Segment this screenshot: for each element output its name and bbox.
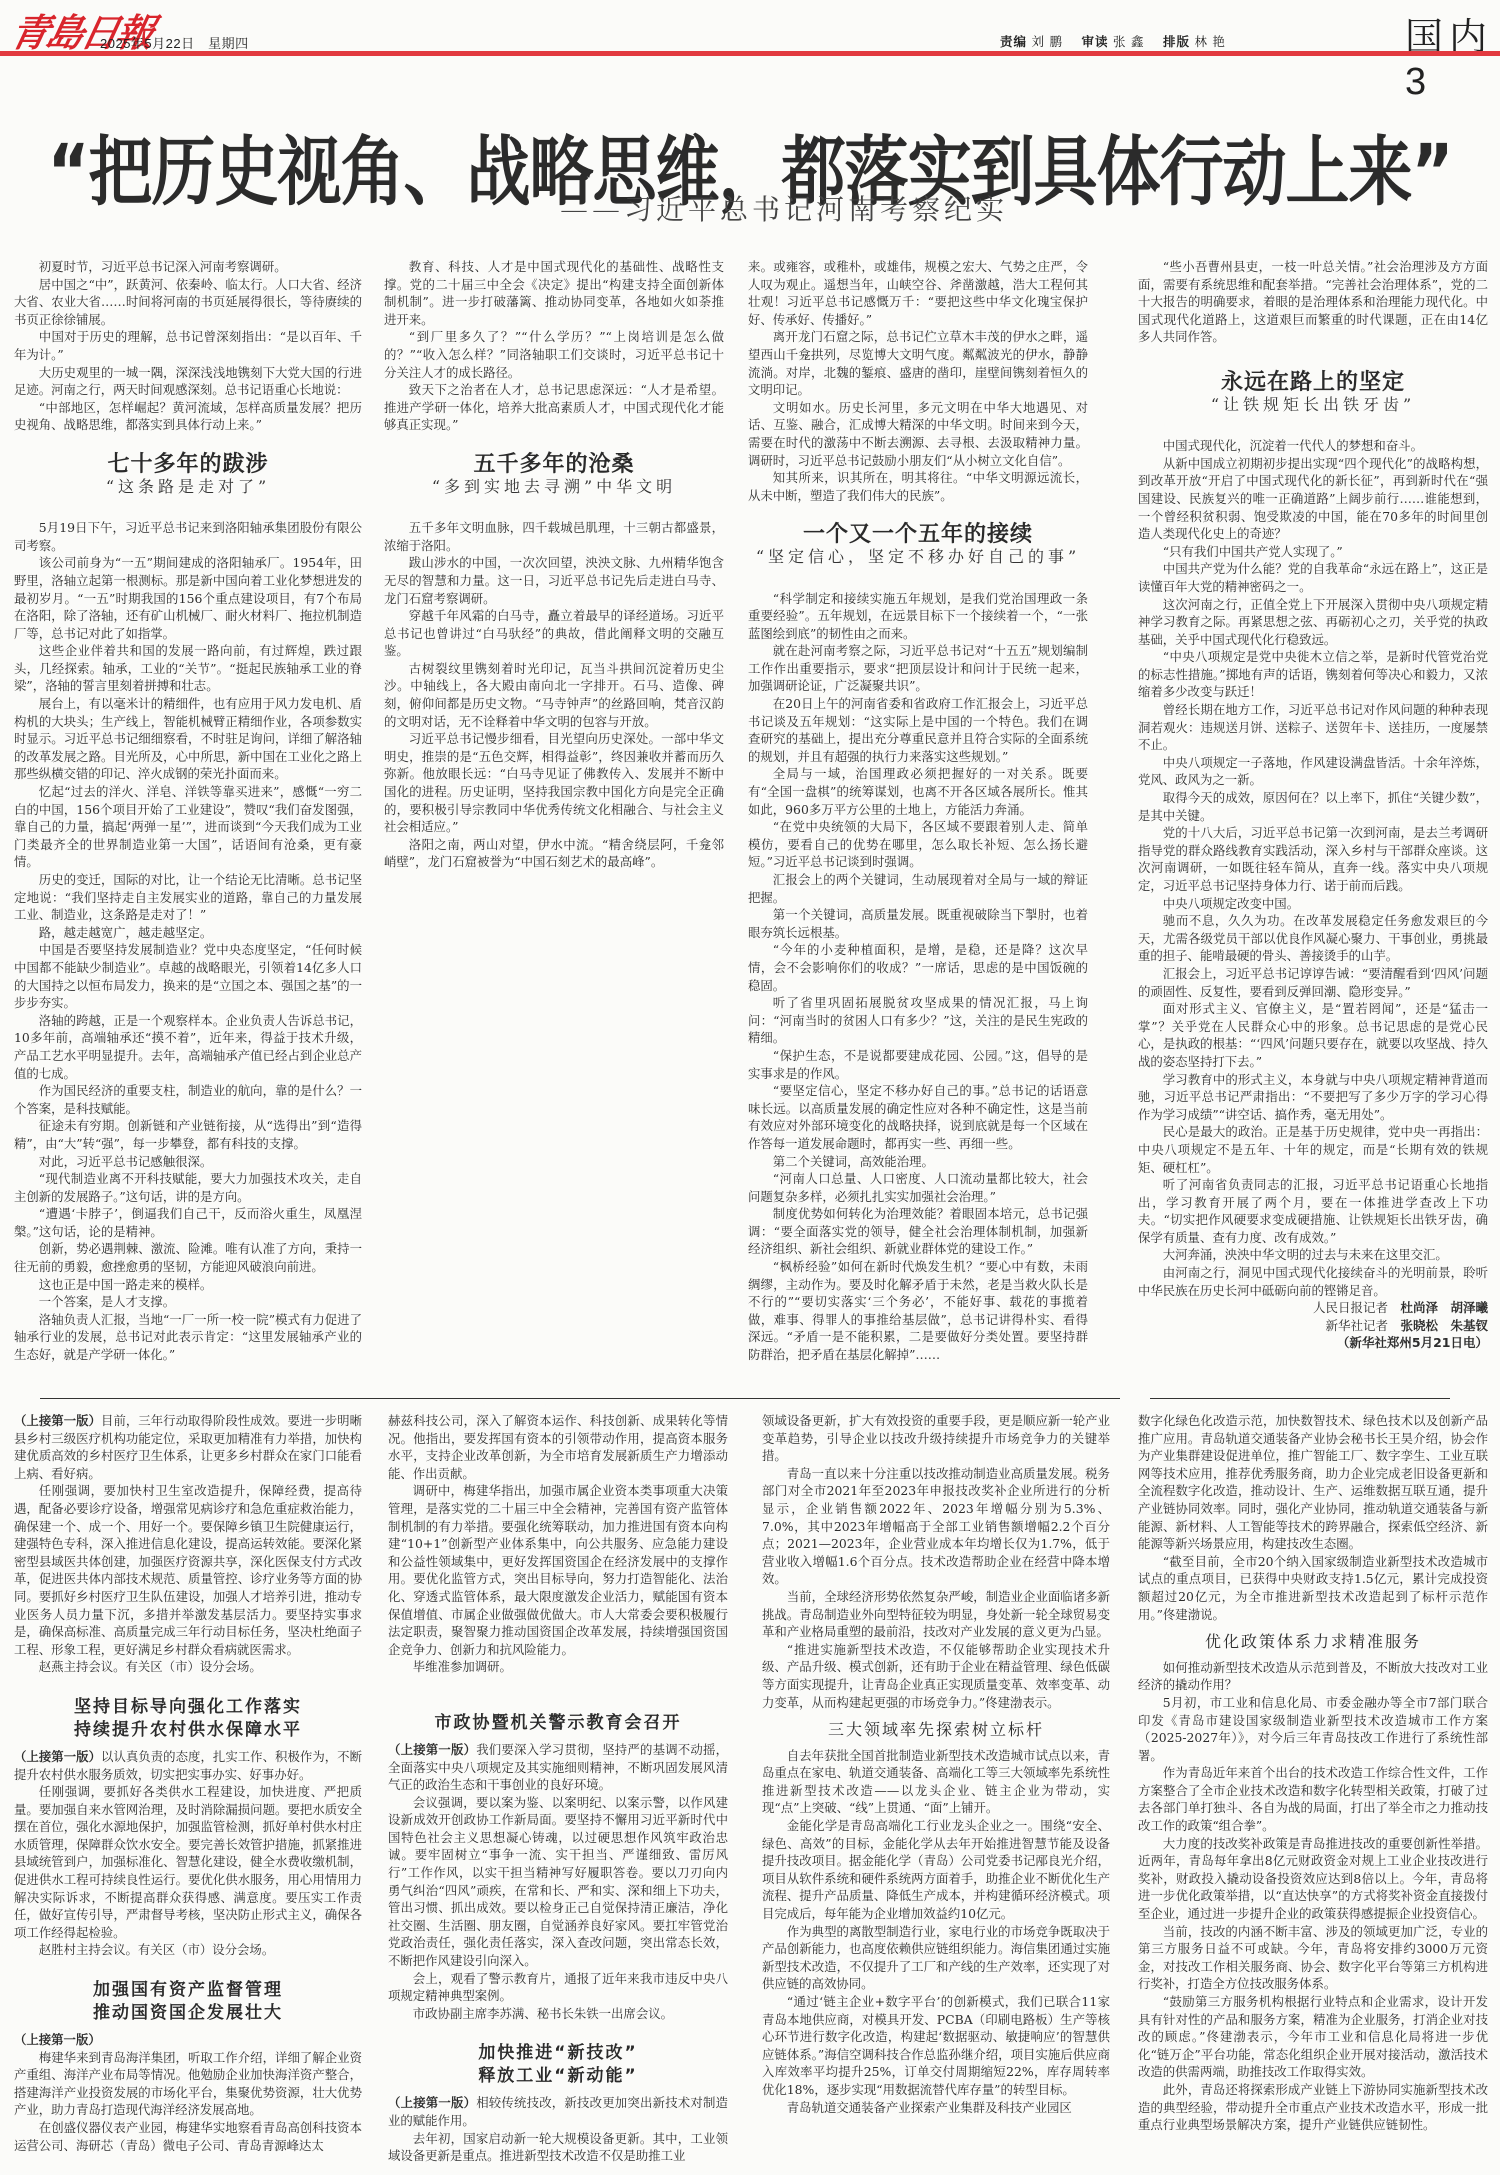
body-paragraph: 五千多年文明血脉，四千载城邑肌理，十三朝古都盛景，浓缩于洛阳。 [384, 519, 724, 554]
byline-outlet: 新华社记者 [1325, 1318, 1388, 1333]
byline-people-daily: 人民日报记者 杜尚泽 胡泽曦 [1138, 1299, 1488, 1317]
body-paragraph: 征途未有穷期。创新链和产业链衔接，从“选得出”到“造得精”，由“大”转“强”，每… [14, 1117, 362, 1152]
headline-line: 加快推进“新技改” [388, 2042, 728, 2065]
body-paragraph: （上接第一版）以认真负责的态度，扎实工作、积极作为，不断提升农村供水服务质效，切… [14, 1748, 362, 1783]
body-paragraph: 这也正是中国一路走来的模样。 [14, 1276, 362, 1294]
section-subtitle: “这条路是走对了” [14, 478, 362, 496]
body-paragraph: 学习教育中的形式主义，本身就与中央八项规定精神背道而驰，习近平总书记严肃指出：“… [1138, 1071, 1488, 1124]
body-paragraph: 制度优势如何转化为治理效能？着眼固本培元，总书记强调：“要全面落实党的领导，健全… [748, 1205, 1088, 1258]
body-paragraph: 来。或雍容，或稚朴，或雄伟，规模之宏大、气势之庄严，令人叹为观止。遥想当年，山峡… [748, 258, 1088, 328]
body-paragraph: 第二个关键词，高效能治理。 [748, 1153, 1088, 1171]
body-paragraph: “河南人口总量、人口密度、人口流动量都比较大，社会问题复杂多样，必须扎扎实实加强… [748, 1170, 1088, 1205]
body-paragraph: 毕维准参加调研。 [388, 1658, 728, 1676]
byline-names: 张晓松 朱基钗 [1400, 1318, 1488, 1333]
body-paragraph: 汇报会上，习近平总书记谆谆告诫：“要清醒看到‘四风’问题的顽固性、反复性，要看到… [1138, 965, 1488, 1000]
lead-article-column-2: 教育、科技、人才是中国式现代化的基础性、战略性支撑。党的二十届三中全会《决定》提… [384, 258, 724, 1388]
headline-line: 推动国资国企发展壮大 [14, 2002, 362, 2025]
body-paragraph: 中央八项规定改变中国。 [1138, 895, 1488, 913]
body-paragraph: “只有我们中国共产党人实现了。” [1138, 543, 1488, 561]
body-paragraph: 由河南之行，洞见中国式现代化接续奋斗的光明前景，聆听中华民族在历史长河中砥砺向前… [1138, 1264, 1488, 1299]
intro-paragraph: 大历史观里的一城一隅，深深浅浅地镌刻下大党大国的行进足迹。河南之行，两天时间观感… [14, 364, 362, 399]
body-paragraph: 赵胜村主持会议。有关区（市）设分会场。 [14, 1941, 362, 1959]
lower-column-4: 数字化绿色化改造示范，加快数智技术、绿色技术以及创新产品推广应用。青岛轨道交通装… [1138, 1412, 1488, 2172]
masthead: 青島日報 2025年5月22日 星期四 责编 刘 鹏 审读 张 鑫 排版 林 艳… [0, 0, 1500, 56]
body-paragraph: 就在赴河南考察之际，习近平总书记对“十五五”规划编制工作作出重要指示，要求“把顶… [748, 642, 1088, 695]
body-paragraph: 洛轴的跨越，正是一个观察样本。企业负责人告诉总书记，10多年前，高端轴承还“摸不… [14, 1012, 362, 1082]
body-paragraph: 展台上，有以毫米计的精细件，也有应用于风力发电机、盾构机的大块头；生产线上，智能… [14, 695, 362, 783]
body-paragraph: 在20日上午的河南省委和省政府工作汇报会上，习近平总书记谈及五年规划：“这实际上… [748, 695, 1088, 765]
body-paragraph: “在党中央统领的大局下，各区域不要跟着别人走、简单模仿，要看自己的优势在哪里，怎… [748, 818, 1088, 871]
body-paragraph: 驰而不息，久久为功。在改革发展稳定任务愈发艰巨的今天，尤需各级党员干部以优良作风… [1138, 912, 1488, 965]
section-title: 七十多年的跋涉 [14, 456, 362, 474]
body-paragraph: 5月初，市工业和信息化局、市委金融办等全市7部门联合印发《青岛市建设国家级制造业… [1138, 1694, 1488, 1764]
section-title: 五千多年的沧桑 [384, 456, 724, 474]
continued-label: （上接第一版） [388, 2095, 476, 2110]
section-subtitle: “让铁规矩长出铁牙齿” [1138, 396, 1488, 414]
body-paragraph: “今年的小麦种植面积，是增，是稳，还是降？这次早情，会不会影响你们的收成？”一席… [748, 941, 1088, 994]
body-paragraph: “中央八项规定是党中央徙木立信之举，是新时代管党治党的标志性措施。”掷地有声的话… [1138, 648, 1488, 701]
body-paragraph: 曾经长期在地方工作，习近平总书记对作风问题的种种表现洞若观火：违规送月饼、送粽子… [1138, 701, 1488, 754]
body-paragraph: 跋山涉水的中国，一次次回望，泱泱文脉、九州精华饱含无尽的智慧和力量。这一日，习近… [384, 554, 724, 607]
body-paragraph: 如何推动新型技术改造从示范到普及，不断放大技改对工业经济的撬动作用？ [1138, 1659, 1488, 1694]
subsection-heading: 三大领域率先探索树立标杆 [762, 1721, 1110, 1739]
body-paragraph: “推进实施新型技术改造，不仅能够帮助企业实现技术升级、产品升级、模式创新，还有助… [762, 1641, 1110, 1711]
body-paragraph: 这次河南之行，正值全党上下开展深入贯彻中央八项规定精神学习教育之际。再紧思想之弦… [1138, 596, 1488, 649]
continued-label: （上接第一版） [388, 1742, 476, 1757]
dateline-text: （新华社郑州5月21日电） [1337, 1335, 1488, 1350]
body-paragraph: 中国式现代化，沉淀着一代代人的梦想和奋斗。 [1138, 437, 1488, 455]
section-subtitle: “多到实地去寻溯”中华文明 [384, 478, 724, 496]
body-paragraph: 古树裂纹里镌刻着时光印记，瓦当斗拱间沉淀着历史尘沙。中轴线上，各大殿由南向北一字… [384, 660, 724, 730]
issue-date: 2025年5月22日 星期四 [100, 33, 249, 52]
body-paragraph: 大河奔涌，泱泱中华文明的过去与未来在这里交汇。 [1138, 1246, 1488, 1264]
editor-label: 责编 [1000, 35, 1027, 49]
section-title: 一个又一个五年的接续 [748, 526, 1088, 544]
lead-article-column-4: “些小吾曹州县吏，一枝一叶总关情。”社会治理涉及方方面面，需要有系统思维和配套举… [1138, 258, 1488, 1388]
body-paragraph: 当前，全球经济形势依然复杂严峻，制造业企业面临诸多新挑战。青岛制造业外向型特征较… [762, 1588, 1110, 1641]
body-paragraph: 洛阳之南，两山对望，伊水中流。“精舍绕层阿，千龛邻峭壁”，龙门石窟被誉为“中国石… [384, 836, 724, 871]
body-paragraph: 听了河南省负责同志的汇报，习近平总书记语重心长地指出，学习教育开展了两个月，要在… [1138, 1176, 1488, 1246]
body-paragraph: “通过‘链主企业+数字平台’的创新模式，我们已联合11家青岛本地供应商，对模具开… [762, 1993, 1110, 2099]
body-paragraph: 这些企业伴着共和国的发展一路向前，有过辉煌，跌过跟头，几经探索。轴承，工业的“关… [14, 642, 362, 695]
body-paragraph: （上接第一版）相较传统技改，新技改更加突出新技术对制造业的赋能作用。 [388, 2094, 728, 2129]
section-divider [1150, 1398, 1450, 1399]
proofreader-name: 张 鑫 [1113, 35, 1144, 49]
headline-line: 释放工业“新动能” [388, 2065, 728, 2088]
body-paragraph: 当前，技改的内涵不断丰富、涉及的领域更加广泛，专业的第三方服务日益不可或缺。今年… [1138, 1923, 1488, 1993]
byline-xinhua: 新华社记者 张晓松 朱基钗 [1138, 1317, 1488, 1335]
body-paragraph: 青岛轨道交通装备产业探索产业集群及科技产业园区 [762, 2099, 1110, 2117]
body-paragraph: 取得今天的成效，原因何在？以上率下，抓住“关键少数”，是其中关键。 [1138, 789, 1488, 824]
body-paragraph: 数字化绿色化改造示范，加快数智技术、绿色技术以及创新产品推广应用。青岛轨道交通装… [1138, 1412, 1488, 1553]
body-paragraph: 路，越走越宽广，越走越坚定。 [14, 924, 362, 942]
intro-paragraph: 居中国之“中”，跃黄河、依秦岭、临太行。人口大省、经济大省、农业大省……时间将河… [14, 276, 362, 329]
byline-outlet: 人民日报记者 [1313, 1300, 1388, 1315]
body-paragraph: 5月19日下午，习近平总书记来到洛阳轴承集团股份有限公司考察。 [14, 519, 362, 554]
headline-line: 加强国有资产监督管理 [14, 1979, 362, 2002]
body-paragraph: “现代制造业离不开科技赋能，要大力加强技术攻关，走自主创新的发展路子。”这句话，… [14, 1170, 362, 1205]
subsection-heading: 优化政策体系力求精准服务 [1138, 1633, 1488, 1651]
body-paragraph: 赫兹科技公司，深入了解资本运作、科技创新、成果转化等情况。他指出，要发挥国有资本… [388, 1412, 728, 1482]
body-paragraph: 文明如水。历史长河里，多元文明在中华大地遇见、对话、互鉴、融合，汇成博大精深的中… [748, 399, 1088, 469]
body-paragraph: “遭遇‘卡脖子’，倒逼我们自己干，反而浴火重生，凤凰涅槃。”这句话，论的是精神。 [14, 1205, 362, 1240]
body-paragraph: 任刚强调，要抓好各类供水工程建设，加快进度、严把质量。要加强自来水管网治理，及时… [14, 1783, 362, 1941]
body-paragraph: 洛轴负责人汇报，当地“一厂一所一校一院”模式有力促进了轴承行业的发展，总书记对此… [14, 1311, 362, 1364]
body-paragraph: 历史的变迁，国际的对比，让一个结论无比清晰。总书记坚定地说：“我们坚持走自主发展… [14, 871, 362, 924]
intro-paragraph: 初夏时节，习近平总书记深入河南考察调研。 [14, 258, 362, 276]
body-paragraph: 穿越千年风霜的白马寺，矗立着最早的译经道场。习近平总书记也曾讲过“白马驮经”的典… [384, 607, 724, 660]
body-paragraph: 忆起“过去的洋火、洋皂、洋铁等靠买进来”，感慨“一穷二白的中国，156个项目开始… [14, 783, 362, 871]
headline-line: 坚持目标导向强化工作落实 [14, 1696, 362, 1719]
body-paragraph: 作为青岛近年来首个出台的技术改造工作综合性文件，工作方案整合了全市企业技术改造和… [1138, 1764, 1488, 1834]
layout-name: 林 艳 [1194, 35, 1225, 49]
body-paragraph: 离开龙门石窟之际，总书记伫立草木丰茂的伊水之畔，遥望西山千龛拱列，尽览博大文明气… [748, 328, 1088, 398]
body-paragraph: 知其所来，识其所在，明其将往。“中华文明源远流长，从未中断，塑造了我们伟大的民族… [748, 469, 1088, 504]
body-paragraph: 作为国民经济的重要支柱，制造业的航向，靠的是什么？一个答案，是科技赋能。 [14, 1082, 362, 1117]
body-paragraph: “枫桥经验”如何在新时代焕发生机？“要心中有数，未雨绸缪，主动作为。要及时化解矛… [748, 1258, 1088, 1364]
body-paragraph: 会议强调，要以案为鉴、以案明纪、以案示警，以作风建设新成效开创政协工作新局面。要… [388, 1794, 728, 1970]
dateline: （新华社郑州5月21日电） [1138, 1334, 1488, 1352]
continued-label: （上接第一版） [14, 1749, 101, 1764]
section-title: 永远在路上的坚定 [1138, 374, 1488, 392]
article-headline: 市政协暨机关警示教育会召开 [388, 1712, 728, 1735]
body-paragraph: 赵燕主持会议。有关区（市）设分会场。 [14, 1658, 362, 1676]
layout-label: 排版 [1163, 35, 1190, 49]
body-paragraph: “到厂里多久了？”“什么学历？”“上岗培训是怎么做的？”“收入怎么样？”同洛轴职… [384, 328, 724, 381]
article-headline: 加快推进“新技改” 释放工业“新动能” [388, 2042, 728, 2088]
body-paragraph: 党的十八大后，习近平总书记第一次到河南，是去兰考调研指导党的群众路线教育实践活动… [1138, 824, 1488, 894]
body-paragraph: 面对形式主义、官僚主义，是“置若罔闻”，还是“猛击一掌”？关乎党在人民群众心中的… [1138, 1000, 1488, 1070]
intro-paragraph: “中部地区，怎样崛起？黄河流域，怎样高质量发展？把历史视角、战略思维，都落实到具… [14, 399, 362, 434]
section-divider [40, 1398, 1120, 1399]
body-paragraph: （上接第一版）我们要深入学习贯彻，坚持严的基调不动摇，全面落实中央八项规定及其实… [388, 1741, 728, 1794]
editor-name: 刘 鹏 [1032, 35, 1063, 49]
body-paragraph: “鼓励第三方服务机构根据行业特点和企业需求，设计开发具有针对性的产品和服务方案，… [1138, 1993, 1488, 2081]
continued-label: （上接第一版） [14, 2032, 101, 2047]
headline-line: 持续提升农村供水保障水平 [14, 1719, 362, 1742]
proofreader-label: 审读 [1081, 35, 1108, 49]
byline-names: 杜尚泽 胡泽曦 [1400, 1300, 1488, 1315]
body-paragraph: 汇报会上的两个关键词，生动展现着对全局与一域的辩证把握。 [748, 871, 1088, 906]
lower-column-2: 赫兹科技公司，深入了解资本运作、科技创新、成果转化等情况。他指出，要发挥国有资本… [388, 1412, 728, 2172]
continued-label: （上接第一版） [14, 1413, 101, 1428]
lead-article-column-1: 初夏时节，习近平总书记深入河南考察调研。 居中国之“中”，跃黄河、依秦岭、临太行… [14, 258, 362, 1388]
body-paragraph: “要坚定信心，坚定不移办好自己的事。”总书记的话语意味长远。以高质量发展的确定性… [748, 1082, 1088, 1152]
continued-paragraph: （上接第一版） [14, 2031, 362, 2049]
masthead-rule [0, 51, 1500, 56]
body-paragraph: 该公司前身为“一五”期间建成的洛阳轴承厂。1954年，田野里，洛轴立起第一根测标… [14, 554, 362, 642]
article-headline: 加强国有资产监督管理 推动国资国企发展壮大 [14, 1979, 362, 2025]
body-paragraph: 中央八项规定一子落地，作风建设满盘皆活。十余年淬炼，党风、政风为之一新。 [1138, 754, 1488, 789]
body-paragraph: 领域设备更新，扩大有效投资的重要手段，更是顺应新一轮产业变革趋势，引导企业以技改… [762, 1412, 1110, 1465]
body-paragraph: 作为典型的离散型制造行业，家电行业的市场竞争既取决于产品创新能力，也高度依赖供应… [762, 1923, 1110, 1993]
intro-paragraph: 中国对于历史的理解，总书记曾深刻指出：“是以百年、千年为计。” [14, 328, 362, 363]
section-subtitle: “坚定信心，坚定不移办好自己的事” [748, 548, 1088, 566]
body-paragraph: 金能化学是青岛高端化工行业龙头企业之一。围绕“安全、绿色、高效”的目标，金能化学… [762, 1817, 1110, 1923]
body-paragraph: 从新中国成立初期初步提出实现“四个现代化”的战略构想，到改革开放“开启了中国式现… [1138, 455, 1488, 543]
body-paragraph: 致天下之治者在人才，总书记思虑深远：“人才是希望。推进产学研一体化，培养大批高素… [384, 381, 724, 434]
body-paragraph: 习近平总书记慢步细看，目光望向历史深处。一部中华文明史，推崇的是“五色交辉，相得… [384, 730, 724, 836]
body-paragraph: 市政协副主席李苏满、秘书长朱铁一出席会议。 [388, 2005, 728, 2023]
body-paragraph: 任刚强调，要加快村卫生室改造提升，保障经费，提高待遇，配备必要诊疗设备，增强常见… [14, 1482, 362, 1658]
body-paragraph: 听了省里巩固拓展脱贫攻坚成果的情况汇报，马上询问：“河南当时的贫困人口有多少？”… [748, 994, 1088, 1047]
body-paragraph: 自去年获批全国首批制造业新型技术改造城市试点以来，青岛重点在家电、轨道交通装备、… [762, 1747, 1110, 1817]
body-paragraph: “截至目前，全市20个纳入国家级制造业新型技术改造城市试点的重点项目，已获得中央… [1138, 1553, 1488, 1623]
body-paragraph: 会上，观看了警示教育片，通报了近年来我市违反中央八项规定精神典型案例。 [388, 1970, 728, 2005]
body-paragraph: “些小吾曹州县吏，一枝一叶总关情。”社会治理涉及方方面面，需要有系统思维和配套举… [1138, 258, 1488, 346]
body-paragraph: 民心是最大的政治。正是基于历史规律，党中央一再指出：中央八项规定不是五年、十年的… [1138, 1123, 1488, 1176]
body-paragraph: 教育、科技、人才是中国式现代化的基础性、战略性支撑。党的二十届三中全会《决定》提… [384, 258, 724, 328]
body-paragraph: 第一个关键词，高质量发展。既重视破除当下掣肘，也着眼夯筑长远根基。 [748, 906, 1088, 941]
body-paragraph: （上接第一版）目前，三年行动取得阶段性成效。要进一步明晰县乡村三级医疗机构功能定… [14, 1412, 362, 1482]
lead-article-column-3: 来。或雍容，或稚朴，或雄伟，规模之宏大、气势之庄严，令人叹为观止。遥想当年，山峡… [748, 258, 1088, 1388]
body-paragraph: 一个答案，是人才支撑。 [14, 1293, 362, 1311]
body-paragraph: 中国是否要坚持发展制造业？党中央态度坚定，“任何时候中国都不能缺少制造业”。卓越… [14, 941, 362, 1011]
body-paragraph: 对此，习近平总书记感触很深。 [14, 1153, 362, 1171]
lower-column-1: （上接第一版）目前，三年行动取得阶段性成效。要进一步明晰县乡村三级医疗机构功能定… [14, 1412, 362, 2172]
lower-column-3: 领域设备更新，扩大有效投资的重要手段，更是顺应新一轮产业变革趋势，引导企业以技改… [762, 1412, 1110, 2172]
article-headline: 坚持目标导向强化工作落实 持续提升农村供水保障水平 [14, 1696, 362, 1742]
body-paragraph: 去年初，国家启动新一轮大规模设备更新。其中，工业领域设备更新是重点。推进新型技术… [388, 2130, 728, 2165]
body-paragraph: 此外，青岛还将探索形成产业链上下游协同实施新型技术改造的典型经验，带动提升全市重… [1138, 2081, 1488, 2134]
editorial-credits: 责编 刘 鹏 审读 张 鑫 排版 林 艳 [1000, 32, 1226, 50]
body-paragraph: 在创盛仪器仪表产业园，梅建华实地察看青岛高创科技资本运营公司、海研芯（青岛）微电… [14, 2119, 362, 2154]
body-paragraph: 全局与一域，治国理政必须把握好的一对关系。既要有“全国一盘棋”的统筹谋划，也离不… [748, 765, 1088, 818]
body-paragraph: “科学制定和接续实施五年规划，是我们党治国理政一条重要经验”。五年规划，在远景目… [748, 590, 1088, 643]
body-paragraph: 大力度的技改奖补政策是青岛推进技改的重要创新性举措。近两年，青岛每年拿出8亿元财… [1138, 1835, 1488, 1923]
body-paragraph: “保护生态，不是说都要建成花园、公园。”这，倡导的是实事求是的作风。 [748, 1047, 1088, 1082]
body-paragraph: 中国共产党为什么能？党的自我革命“永远在路上”，这正是读懂百年大党的精神密码之一… [1138, 560, 1488, 595]
body-paragraph: 调研中，梅建华指出，加强市属企业资本类事项重大决策管理，是落实党的二十届三中全会… [388, 1482, 728, 1658]
body-paragraph: 创新，势必遇荆棘、激流、险滩。唯有认准了方向，秉持一往无前的勇毅，愈挫愈勇的坚韧… [14, 1240, 362, 1275]
body-paragraph: 梅建华来到青岛海洋集团，听取工作介绍，详细了解企业资产重组、海洋产业布局等情况。… [14, 2049, 362, 2119]
body-paragraph: 青岛一直以来十分注重以技改推动制造业高质量发展。税务部门对全市2021年至202… [762, 1465, 1110, 1588]
page-subheadline: ——习近平总书记河南考察纪实 [560, 188, 1008, 228]
